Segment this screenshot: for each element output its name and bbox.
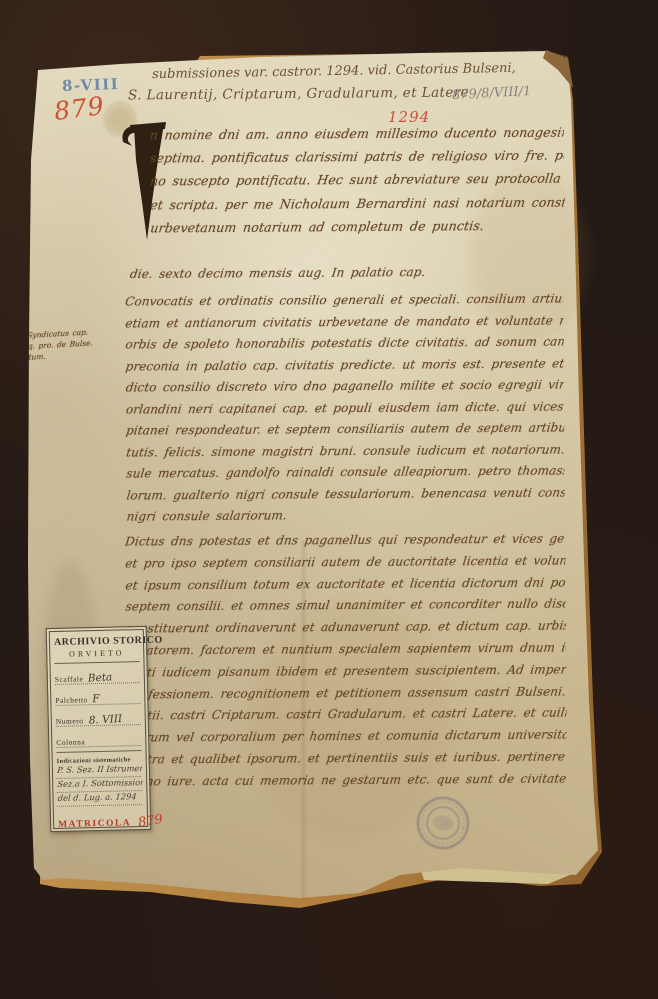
- manuscript-line: pitanei respondeatur. et septem consilia…: [124, 420, 565, 445]
- manuscript-line: berti iudicem pisanum ibidem et presente…: [124, 662, 567, 687]
- label-title: ARCHIVIO STORICO: [54, 635, 139, 648]
- label-field-name: Palchetto: [55, 695, 88, 705]
- archive-label-frame: ARCHIVIO STORICO ORVIETO Scaffale Beta P…: [49, 629, 148, 829]
- manuscript-line: trorum vel corporalium per homines et co…: [125, 728, 568, 753]
- manuscript-line: preconia in palatio cap. civitatis predi…: [124, 356, 565, 381]
- manuscript-line: dicto consilio discreto viro dno paganel…: [124, 377, 565, 402]
- manuscript-line: curatorem. factorem et nuntium specialem…: [124, 640, 567, 665]
- archive-label: ARCHIVIO STORICO ORVIETO Scaffale Beta P…: [46, 626, 152, 832]
- manuscript-line: tutis. felicis. simone magistri bruni. c…: [124, 442, 565, 467]
- inventory-note-line2: S. Laurentij, Criptarum, Gradularum, et …: [128, 85, 469, 104]
- manuscript-line: et scripta. per me Nicholaum Bernardini …: [148, 194, 565, 220]
- label-field-row: Numero 8. VIII: [56, 706, 141, 727]
- manuscript-paragraph-2: Convocatis et ordinatis consilio general…: [123, 291, 563, 531]
- manuscript-line: lorum. gualterio nigri consule tessulari…: [125, 485, 566, 510]
- manuscript-line: orlandini neri capitanei cap. et populi …: [124, 399, 565, 424]
- manuscript-line: et pro ipso septem consiliarii autem de …: [123, 553, 566, 578]
- manuscript-paragraph-3: Dictus dns potestas et dns paganellus qu…: [123, 531, 565, 796]
- manuscript-photo: submissiones var. castror. 1294. vid. Ca…: [0, 0, 658, 999]
- label-field-name: Scaffale: [55, 674, 84, 684]
- label-matricola: MATRICOLA 879: [58, 812, 143, 832]
- label-field-row: Palchetto F: [55, 685, 140, 706]
- label-fields: Scaffale Beta Palchetto F Numero 8. VIII…: [55, 664, 142, 748]
- manuscript-line: urbevetanum notarium ad completum de pun…: [148, 217, 565, 243]
- matricola-label: MATRICOLA: [58, 818, 131, 830]
- red-year-annotation: 1294: [388, 108, 430, 126]
- manuscript-line: sule mercatus. gandolfo rainaldi consule…: [125, 463, 566, 488]
- manuscript-line: die. sexto decimo mensis aug. In palatio…: [128, 265, 431, 289]
- label-divider: [57, 750, 142, 753]
- label-subtitle: ORVIETO: [54, 648, 139, 659]
- red-matricola-number: 879: [52, 91, 106, 126]
- manuscript-line: constituerunt ordinaverunt et adunaverun…: [124, 619, 567, 644]
- margin-note: Syndicatus cap.q. pro. de Bulse.tum.: [26, 327, 98, 364]
- label-field-name: Colonna: [56, 737, 85, 747]
- label-sys-lines: P. S. Sez. II IstrumentariSez.a I. Sotto…: [57, 763, 143, 807]
- manuscript-line: septima. pontificatus clarissimi patris …: [148, 148, 565, 174]
- manuscript-dateline: die. sexto decimo mensis aug. In palatio…: [128, 265, 428, 289]
- label-sys-line: del d. Lug. a. 1294: [57, 791, 143, 807]
- manuscript-line: etiam et antianorum civitatis urbevetane…: [123, 313, 564, 338]
- label-field-value: F: [92, 693, 100, 705]
- label-field-value: Beta: [88, 671, 113, 684]
- label-field-row: Colonna: [56, 727, 141, 748]
- manuscript-line: castra et qualibet ipsorum. et pertinent…: [125, 749, 568, 774]
- manuscript-line: no suscepto pontificatu. Hec sunt abrevi…: [148, 171, 565, 197]
- manuscript-line: pleno iure. acta cui memoria ne gestarum…: [125, 771, 568, 796]
- label-field-name: Numero: [56, 716, 84, 726]
- label-field-value: 8. VIII: [88, 713, 122, 727]
- manuscript-line: Convocatis et ordinatis consilio general…: [123, 291, 564, 316]
- manuscript-line: n nomine dni am. anno eiusdem millesimo …: [148, 125, 565, 151]
- manuscript-paragraph-1: n nomine dni am. anno eiusdem millesimo …: [148, 125, 563, 244]
- manuscript-line: nigri consule salariorum.: [125, 506, 566, 531]
- manuscript-line: orbis de spoleto honorabilis potestatis …: [124, 334, 565, 359]
- manuscript-line: Dictus dns potestas et dns paganellus qu…: [123, 531, 566, 556]
- label-field-row: Scaffale Beta: [55, 664, 140, 685]
